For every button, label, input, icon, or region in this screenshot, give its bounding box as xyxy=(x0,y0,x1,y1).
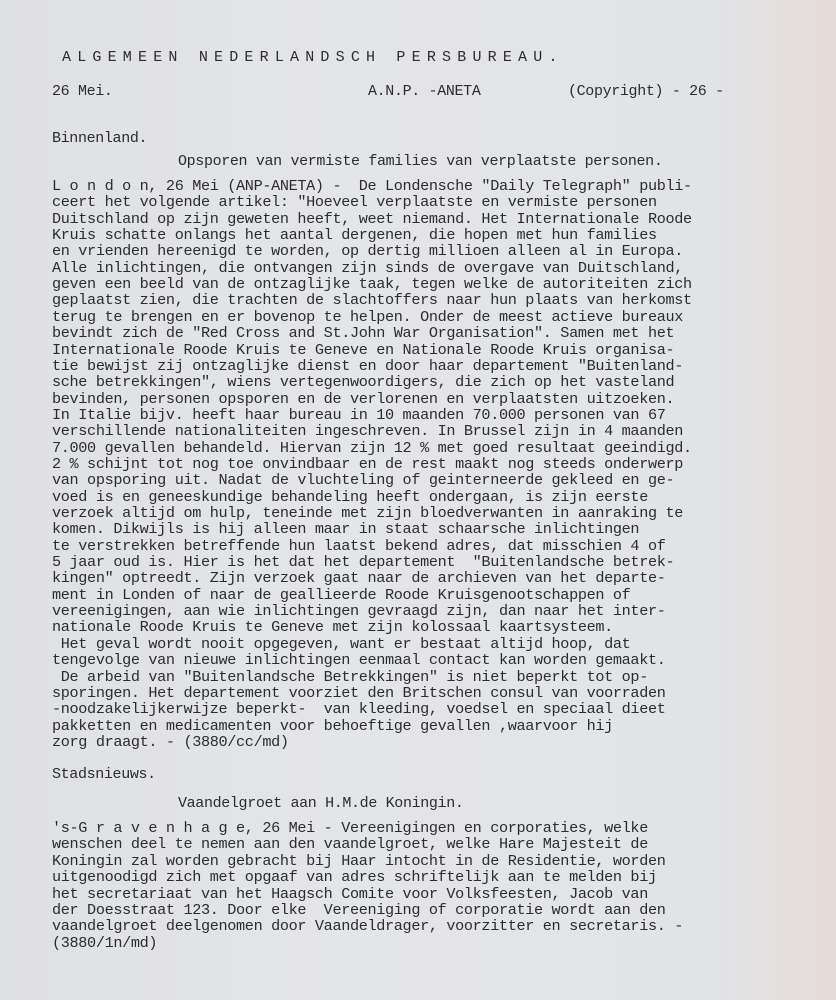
body-line: verschillende nationaliteiten ingeschrev… xyxy=(52,423,683,439)
dateline-date: 26 Mei. xyxy=(52,84,113,100)
dateline-agency: A.N.P. -ANETA xyxy=(368,84,480,100)
body-line: Kruis schatte onlangs het aantal dergene… xyxy=(52,227,657,243)
body-line: Internationale Roode Kruis te Geneve en … xyxy=(52,342,674,358)
body-line: der Doesstraat 123. Door elke Vereenigin… xyxy=(52,902,665,918)
body-line: De arbeid van "Buitenlandsche Betrekking… xyxy=(52,669,648,685)
article-title-vaandelgroet: Vaandelgroet aan H.M.de Koningin. xyxy=(178,796,464,812)
dateline-copyright: (Copyright) - 26 - xyxy=(568,84,724,100)
body-line: kingen" optreedt. Zijn verzoek gaat naar… xyxy=(52,570,665,586)
body-line: Duitschland op zijn geweten heeft, weet … xyxy=(52,211,692,227)
body-line: tengevolge van nieuwe inlichtingen eenma… xyxy=(52,652,665,668)
body-line: 5 jaar oud is. Hier is het dat het depar… xyxy=(52,554,674,570)
body-line: 7.000 gevallen behandeld. Hiervan zijn 1… xyxy=(52,440,692,456)
body-line: (3880/1n/md) xyxy=(52,935,157,951)
body-line: In Italie bijv. heeft haar bureau in 10 … xyxy=(52,407,665,423)
masthead: ALGEMEEN NEDERLANDSCH PERSBUREAU. xyxy=(62,50,564,66)
body-line: 's-G r a v e n h a g e, 26 Mei - Vereeni… xyxy=(52,820,648,836)
body-line: Het geval wordt nooit opgegeven, want er… xyxy=(52,636,630,652)
body-line: geplaatst zien, die trachten de slachtof… xyxy=(52,292,692,308)
body-line: -noodzakelijkerwijze beperkt- van kleedi… xyxy=(52,701,665,717)
body-line: uitgenoodigd zich met opgaaf van adres s… xyxy=(52,869,657,885)
body-line: geven een beeld van de ontzaglijke taak,… xyxy=(52,276,692,292)
body-line: tie bewijst zij ontzaglijke dienst en do… xyxy=(52,358,683,374)
body-line: en vrienden hereenigd te worden, op dert… xyxy=(52,243,683,259)
body-line: vereenigingen, aan wie inlichtingen gevr… xyxy=(52,603,665,619)
body-line: Alle inlichtingen, die ontvangen zijn si… xyxy=(52,260,683,276)
body-line: terug te brengen en er bovenop te helpen… xyxy=(52,309,683,325)
body-line: het secretariaat van het Haagsch Comite … xyxy=(52,886,648,902)
section-label-binnenland: Binnenland. xyxy=(52,131,147,147)
body-line: te verstrekken betreffende hun laatst be… xyxy=(52,538,665,554)
body-line: bevinden, personen opsporen en de verlor… xyxy=(52,391,674,407)
body-line: ceert het volgende artikel: "Hoeveel ver… xyxy=(52,194,657,210)
body-line: voed is en geneeskundige behandeling hee… xyxy=(52,489,648,505)
body-line: ment in Londen of naar de geallieerde Ro… xyxy=(52,587,630,603)
body-line: bevindt zich de "Red Cross and St.John W… xyxy=(52,325,674,341)
body-line: verzoek altijd om hulp, teneinde met zij… xyxy=(52,505,683,521)
body-line: 2 % schijnt tot nog toe onvindbaar en de… xyxy=(52,456,683,472)
body-line: komen. Dikwijls is hij alleen maar in st… xyxy=(52,521,639,537)
body-line: vaandelgroet deelgenomen door Vaandeldra… xyxy=(52,918,683,934)
body-line: van opsporing uit. Nadat de vluchteling … xyxy=(52,472,674,488)
typewritten-press-bulletin: ALGEMEEN NEDERLANDSCH PERSBUREAU. 26 Mei… xyxy=(0,0,836,1000)
article-title-opsporen: Opsporen van vermiste families van verpl… xyxy=(178,154,662,170)
body-line: sche betrekkingen", wiens vertegenwoordi… xyxy=(52,374,674,390)
body-line: L o n d o n, 26 Mei (ANP-ANETA) - De Lon… xyxy=(52,178,692,194)
body-line: Koningin zal worden gebracht bij Haar in… xyxy=(52,853,665,869)
body-line: sporingen. Het departement voorziet den … xyxy=(52,685,665,701)
section-label-stadsnieuws: Stadsnieuws. xyxy=(52,767,156,783)
body-line: nationale Roode Kruis te Geneve met zijn… xyxy=(52,619,613,635)
body-line: zorg draagt. - (3880/cc/md) xyxy=(52,734,289,750)
body-line: pakketten en medicamenten voor behoeftig… xyxy=(52,718,613,734)
body-line: wenschen deel te nemen aan den vaandelgr… xyxy=(52,836,648,852)
